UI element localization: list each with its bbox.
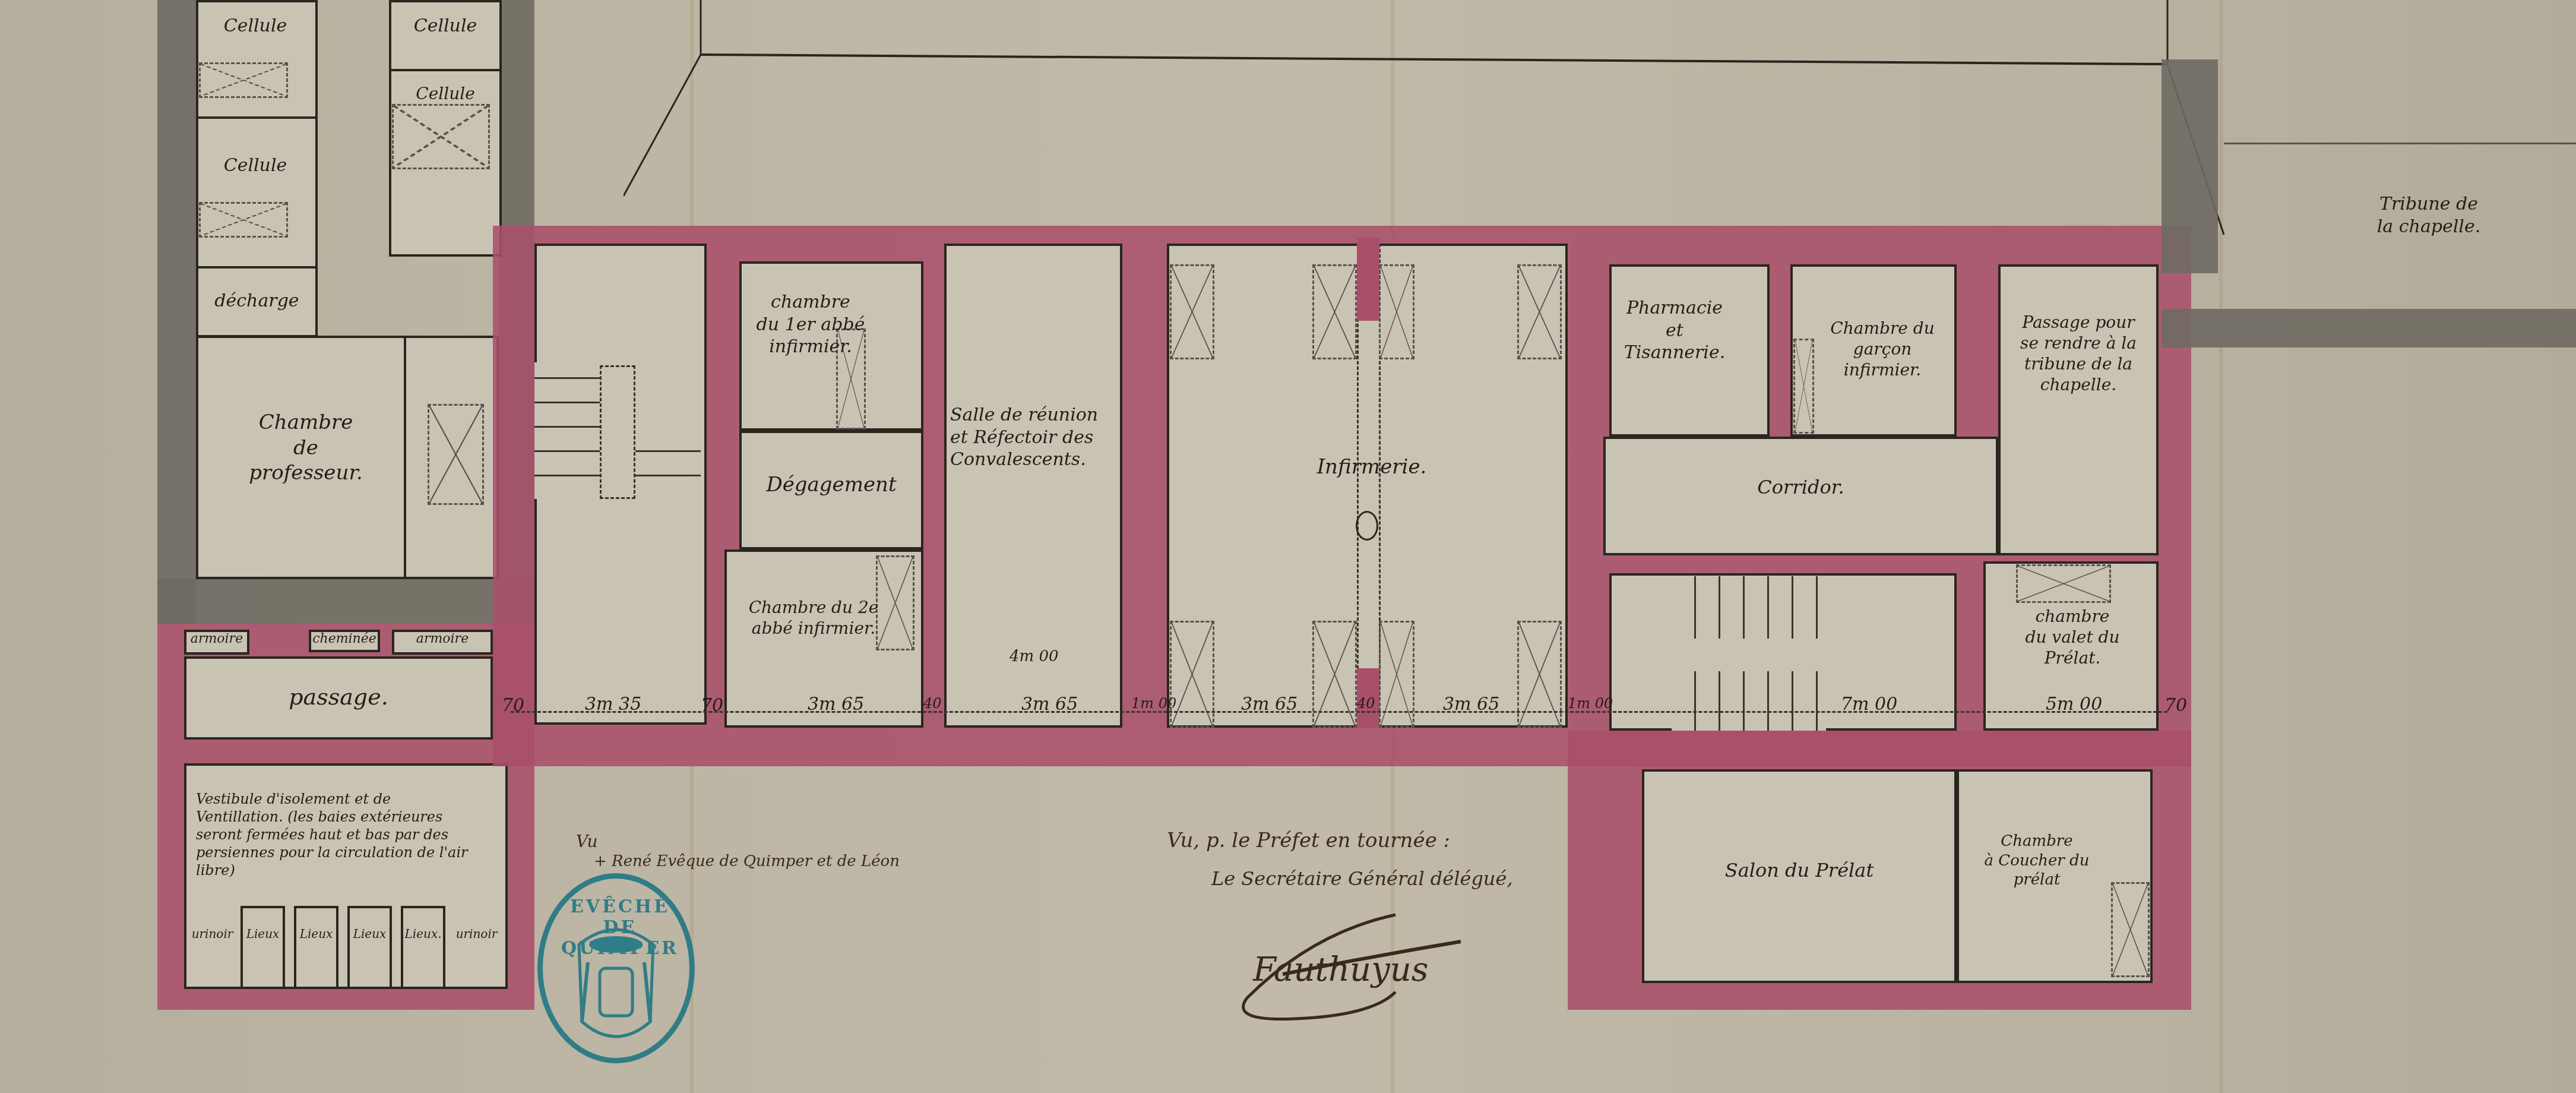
label-cellule: Cellule <box>401 83 490 104</box>
label-urinoir: urinoir <box>448 927 505 942</box>
bed-symbol <box>428 404 484 505</box>
staircase <box>534 362 603 499</box>
dimension-label: 1m 00 <box>1131 695 1176 712</box>
existing-wall <box>157 579 534 624</box>
label-vestibule: Vestibule d'isolement et de Ventillation… <box>196 790 493 879</box>
dimension-label: 3m 65 <box>1241 694 1298 715</box>
annotation-bishop: + René Evêque de Quimper et de Léon <box>594 852 900 870</box>
label-pharmacie: Pharmacie et Tisannerie. <box>1615 297 1734 364</box>
chapel-line <box>2224 143 2576 144</box>
signature-flourish <box>1223 909 1473 1028</box>
dimension-label: 40 <box>923 695 942 712</box>
pillar <box>1357 238 1379 321</box>
label-cellule: Cellule <box>208 15 303 37</box>
dimension-label: 4m 00 <box>1009 647 1059 665</box>
bed-symbol <box>2016 564 2111 603</box>
bed-symbol <box>199 62 288 98</box>
label-lieux: Lieux <box>240 927 285 942</box>
bed-symbol <box>199 202 288 238</box>
room-passage-tribune <box>1998 264 2159 555</box>
label-lieux: Lieux <box>347 927 392 942</box>
existing-wall <box>2162 59 2218 273</box>
dimension-label: 7m 00 <box>1841 694 1897 715</box>
stove-symbol <box>1356 511 1378 541</box>
label-corridor: Corridor. <box>1603 475 1998 499</box>
bishopric-stamp: EVÊCHÉ DE QUIMPER <box>537 873 695 1063</box>
dimension-label: 1m 00 <box>1568 695 1613 712</box>
label-decharge: décharge <box>205 290 309 312</box>
label-degagement: Dégagement <box>742 472 920 498</box>
bed-symbol <box>1793 339 1814 434</box>
room-lieux <box>401 906 445 989</box>
label-lieux: Lieux. <box>401 927 445 942</box>
stair-well <box>600 365 635 499</box>
dimension-label: 3m 65 <box>808 694 864 715</box>
dimension-label: 70 <box>502 695 524 716</box>
bed-symbol <box>1312 264 1357 359</box>
dimension-label: 3m 35 <box>585 694 641 715</box>
staircase <box>1672 671 1826 731</box>
label-chambre-valet: chambre du valet du Prélat. <box>2004 606 2141 668</box>
label-armoire: armoire <box>392 631 493 647</box>
label-cheminee: cheminée <box>309 631 380 647</box>
label-armoire: armoire <box>184 631 249 647</box>
bed-symbol <box>2111 882 2150 977</box>
existing-wall <box>2162 309 2576 348</box>
label-salle-reunion: Salle de réunion et Réfectoir des Conval… <box>950 404 1122 471</box>
roof-outline <box>624 0 2227 238</box>
room-lieux <box>294 906 338 989</box>
label-cellule: Cellule <box>208 154 303 177</box>
label-salon-prelat: Salon du Prélat <box>1681 858 1918 882</box>
bed-symbol <box>1170 264 1214 359</box>
annotation-secretaire: Le Secrétaire Général délégué, <box>1211 867 1513 890</box>
annotation-vu: Vu <box>576 832 597 851</box>
label-chambre-2e-abbe: Chambre du 2e abbé infirmier. <box>739 597 888 639</box>
dimension-label: 5m 00 <box>2046 694 2102 715</box>
dimension-label: 3m 65 <box>1021 694 1078 715</box>
label-cellule: Cellule <box>401 15 490 37</box>
room-lieux <box>347 906 392 989</box>
bed-symbol <box>1517 264 1562 359</box>
label-chambre-coucher: Chambre à Coucher du prélat <box>1971 832 2102 890</box>
stamp-text: EVÊCHÉ DE QUIMPER <box>561 896 679 959</box>
label-passage-tribune: Passage pour se rendre à la tribune de l… <box>2007 312 2150 395</box>
existing-wall <box>157 0 196 624</box>
dimension-line <box>511 711 2167 713</box>
room-cellule <box>196 116 318 268</box>
dimension-label: 70 <box>2164 695 2187 716</box>
staircase <box>632 431 701 499</box>
label-chambre-1er-abbe: chambre du 1er abbé infirmier. <box>745 291 876 358</box>
dimension-label: 40 <box>1357 695 1375 712</box>
label-chambre-professeur: Chambre de professeur. <box>226 410 386 486</box>
label-lieux: Lieux <box>294 927 338 942</box>
label-tribune-chapelle: Tribune de la chapelle. <box>2340 193 2518 238</box>
dimension-label: 70 <box>701 695 723 716</box>
label-chambre-garcon: Chambre du garçon infirmier. <box>1817 318 1948 380</box>
label-urinoir: urinoir <box>184 927 240 942</box>
annotation-prefet: Vu, p. le Préfet en tournée : <box>1167 829 1450 852</box>
room-lieux <box>240 906 285 989</box>
label-passage: passage. <box>184 683 493 712</box>
label-infirmerie: Infirmerie. <box>1277 454 1467 480</box>
bed-symbol <box>1379 264 1414 359</box>
dimension-label: 3m 65 <box>1443 694 1499 715</box>
bed-symbol <box>392 104 490 169</box>
staircase <box>1672 576 1826 639</box>
